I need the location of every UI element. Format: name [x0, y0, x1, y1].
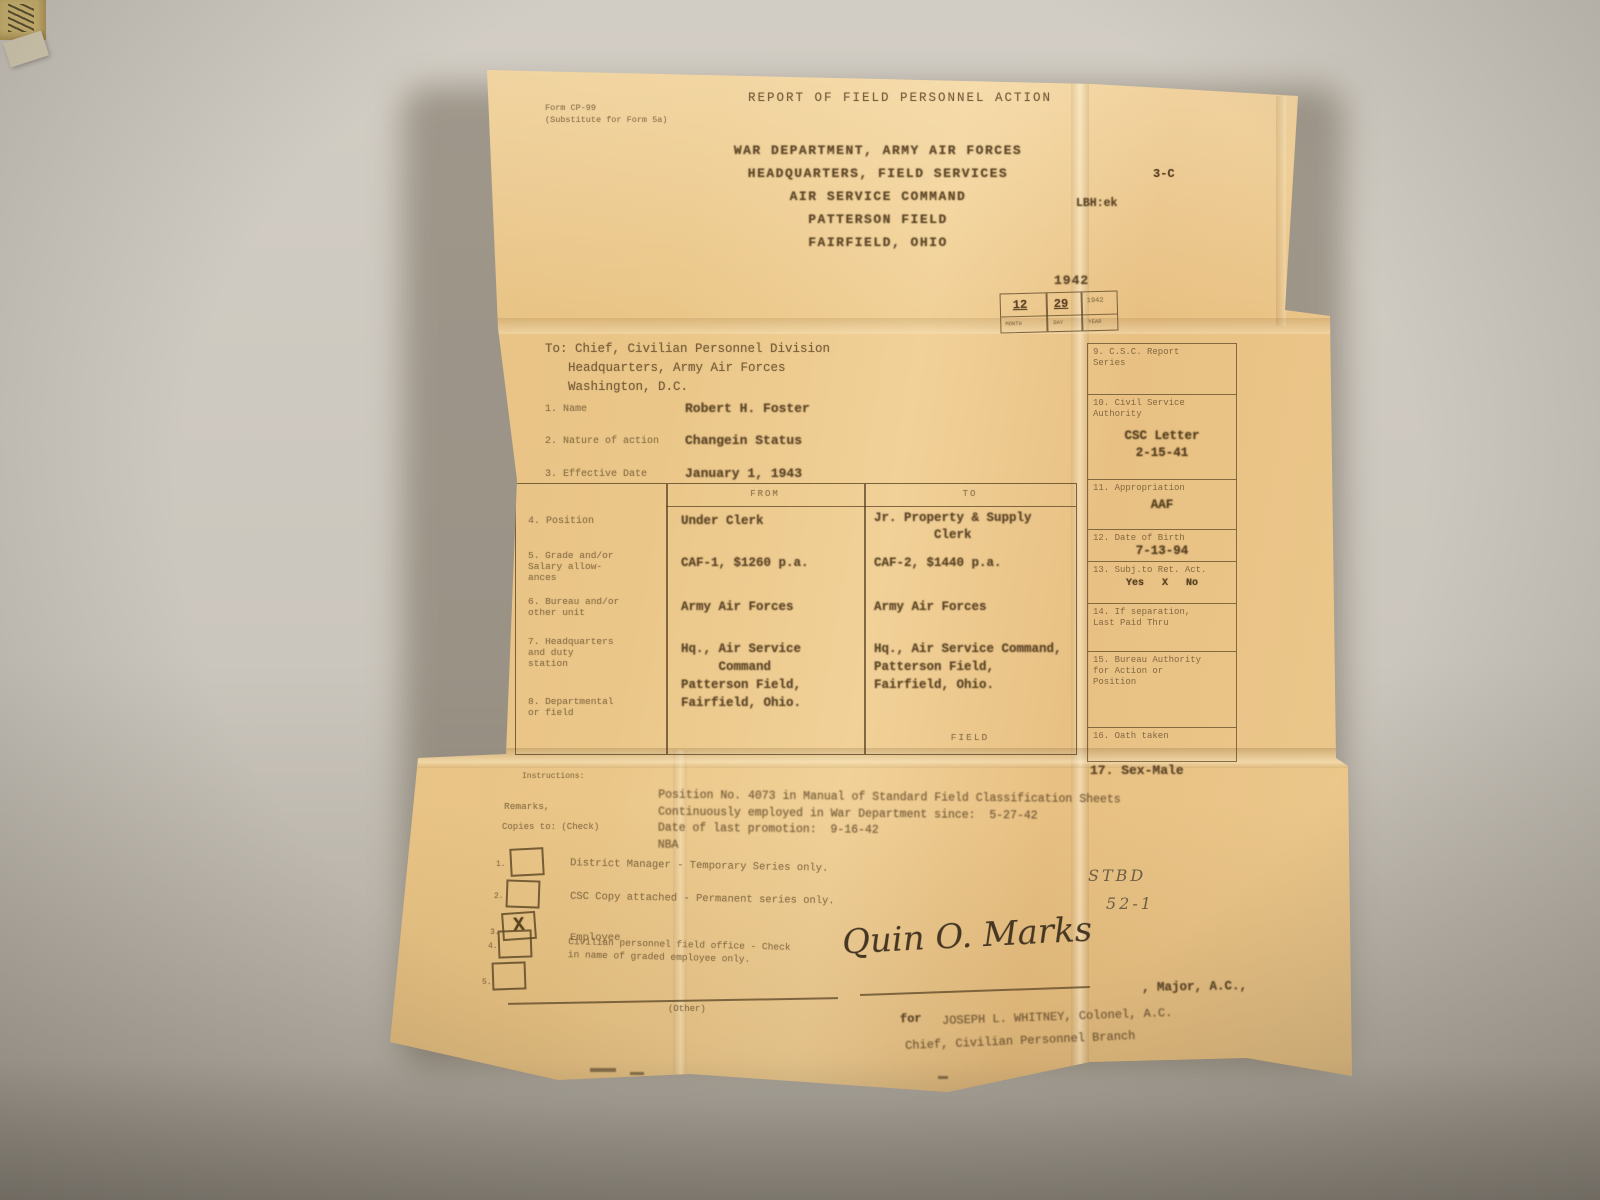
- cell15: 15. Bureau Authority for Action or Posit…: [1087, 652, 1237, 728]
- sex-line: 17. Sex-Male: [1090, 763, 1184, 778]
- cell9: 9. C.S.C. Report Series: [1087, 343, 1237, 395]
- date-year-label: YEAR: [1088, 318, 1101, 325]
- field2-value: Changein Status: [685, 433, 802, 448]
- date-box-divider1: [1046, 293, 1048, 331]
- row7-to: Hq., Air Service Command, Patterson Fiel…: [874, 640, 1062, 694]
- from-to-table: FROM TO 4. Position Under Clerk Jr. Prop…: [515, 483, 1077, 755]
- field2-label: 2. Nature of action: [545, 436, 659, 447]
- to-line1: To: Chief, Civilian Personnel Division: [545, 342, 830, 356]
- signature-script: Quin O. Marks: [841, 909, 1093, 962]
- field1-label: 1. Name: [545, 404, 587, 415]
- row8-label: 8. Departmental or field: [528, 696, 614, 718]
- cell12-value: 7-13-94: [1093, 544, 1231, 558]
- cell12-label: 12. Date of Birth: [1093, 533, 1231, 544]
- table-from-header: FROM: [666, 489, 864, 499]
- checkbox-field-office: [498, 929, 533, 958]
- remarks-label: Remarks,: [504, 801, 550, 812]
- field3-label: 3. Effective Date: [545, 469, 647, 480]
- form-title: REPORT OF FIELD PERSONNEL ACTION: [690, 91, 1110, 105]
- cell14: 14. If separation, Last Paid Thru: [1087, 604, 1237, 652]
- cell13: 13. Subj.to Ret. Act. Yes X No: [1087, 562, 1237, 604]
- cell11: 11. Appropriation AAF: [1087, 480, 1237, 530]
- date-year-value: 1942: [1087, 297, 1104, 305]
- copies-num5: 5.: [482, 978, 492, 987]
- cell15-label: 15. Bureau Authority for Action or Posit…: [1093, 655, 1231, 688]
- cell14-label: 14. If separation, Last Paid Thru: [1093, 607, 1231, 629]
- to-line2: Headquarters, Army Air Forces: [568, 361, 786, 375]
- officer-title: Chief, Civilian Personnel Branch: [905, 1029, 1136, 1053]
- copies-header: Copies to: (Check): [502, 822, 599, 832]
- date-day-value: 29: [1054, 297, 1069, 311]
- row6-label: 6. Bureau and/or other unit: [528, 596, 619, 618]
- pencil-note1: STBD: [1088, 866, 1146, 885]
- routing-code: 3-C: [1153, 167, 1175, 181]
- cell11-value: AAF: [1093, 498, 1231, 512]
- table-to-header: TO: [864, 489, 1076, 499]
- form-number: Form CP-99 (Substitute for Form 5a): [545, 102, 667, 126]
- row6-to: Army Air Forces: [874, 600, 987, 614]
- copies-num4: 4.: [488, 942, 498, 951]
- field-stamp: FIELD: [864, 732, 1076, 743]
- copies-label1: District Manager - Temporary Series only…: [570, 857, 829, 874]
- photo-bottom-shadow: [0, 1060, 1600, 1200]
- cell10-label: 10. Civil Service Authority: [1093, 398, 1231, 420]
- to-line3: Washington, D.C.: [568, 380, 688, 394]
- pencil-note2: 52-1: [1106, 894, 1154, 913]
- instructions-label: Instructions:: [522, 772, 584, 781]
- row7-from: Hq., Air Service Command Patterson Field…: [681, 640, 801, 712]
- cell12: 12. Date of Birth 7-13-94: [1087, 530, 1237, 562]
- row4-from: Under Clerk: [681, 514, 764, 528]
- field1-value: Robert H. Foster: [685, 401, 810, 416]
- date-month-value: 12: [1013, 298, 1028, 312]
- cell9-label: 9. C.S.C. Report Series: [1093, 347, 1231, 369]
- cell13-value: Yes X No: [1093, 578, 1231, 589]
- fold-crease-vertical-top-right: [1276, 96, 1286, 326]
- row5-label: 5. Grade and/or Salary allow- ances: [528, 550, 614, 583]
- officer-line: JOSEPH L. WHITNEY, Colonel, A.C.: [942, 1006, 1173, 1028]
- remarks-text: Position No. 4073 in Manual of Standard …: [658, 788, 1121, 859]
- row4-label: 4. Position: [528, 516, 594, 527]
- year-stamp: 1942: [1054, 273, 1089, 288]
- typist-initials: LBH:ek: [1076, 197, 1117, 210]
- copies-label2: CSC Copy attached - Permanent series onl…: [570, 891, 835, 908]
- for-word: for: [900, 1012, 922, 1027]
- table-vline1: [666, 484, 668, 754]
- document-paper: Form CP-99 (Substitute for Form 5a) REPO…: [390, 60, 1370, 1120]
- other-label: (Other): [668, 1004, 706, 1014]
- date-box: 12 29 1942 MONTH DAY YEAR: [999, 290, 1118, 333]
- table-vline2: [864, 484, 866, 754]
- checkbox-other: [492, 961, 527, 990]
- date-day-label: DAY: [1053, 319, 1063, 326]
- other-rule-right: [860, 986, 1090, 996]
- row7-label: 7. Headquarters and duty station: [528, 636, 614, 669]
- fold-crease-horizontal-upper: [390, 318, 1370, 334]
- photograph-background: Form CP-99 (Substitute for Form 5a) REPO…: [0, 0, 1600, 1200]
- cell16-label: 16. Oath taken: [1093, 731, 1231, 742]
- copies-num2: 2.: [494, 892, 504, 901]
- rank-line: , Major, A.C.,: [1142, 979, 1247, 995]
- copies-num1: 1.: [496, 860, 506, 869]
- date-box-divider2: [1080, 292, 1082, 330]
- row5-to: CAF-2, $1440 p.a.: [874, 556, 1002, 570]
- field3-value: January 1, 1943: [685, 466, 802, 481]
- cell10-value: CSC Letter 2-15-41: [1093, 428, 1231, 462]
- cell10: 10. Civil Service Authority CSC Letter 2…: [1087, 395, 1237, 480]
- row5-from: CAF-1, $1260 p.a.: [681, 556, 809, 570]
- row4-to: Jr. Property & Supply Clerk: [874, 510, 1032, 544]
- table-header-line: [666, 506, 1076, 507]
- date-month-label: MONTH: [1005, 320, 1022, 327]
- copies-label4: Civilian personnel field office - Check …: [568, 935, 791, 967]
- checkbox-csc-copy: [506, 879, 541, 908]
- cell13-label: 13. Subj.to Ret. Act.: [1093, 565, 1231, 576]
- checkbox-district-manager: [509, 847, 544, 877]
- cell11-label: 11. Appropriation: [1093, 483, 1231, 494]
- cell16: 16. Oath taken: [1087, 728, 1237, 762]
- agency-address-block: WAR DEPARTMENT, ARMY AIR FORCES HEADQUAR…: [678, 139, 1078, 254]
- scrap-doodle: [8, 4, 34, 32]
- row6-from: Army Air Forces: [681, 600, 794, 614]
